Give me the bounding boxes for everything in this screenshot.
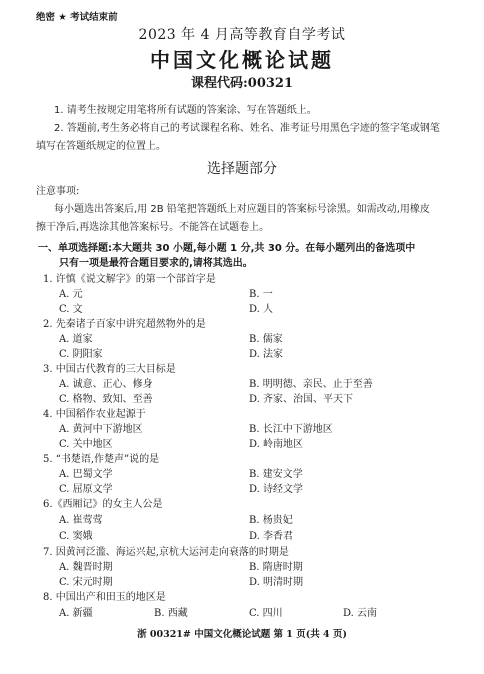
question-4-option-b: B. 长江中下游地区 xyxy=(249,420,333,435)
question-5-option-a: A. 巴蜀文学 xyxy=(59,465,113,480)
course-code: 课程代码:00321 xyxy=(0,72,484,91)
question-6-option-d: D. 李香君 xyxy=(249,527,293,542)
question-8-option-b: B. 西藏 xyxy=(154,604,188,619)
part1-title-line2: 只有一项是最符合题目要求的,请将其选出。 xyxy=(59,254,253,269)
question-3-option-a: A. 诚意、正心、修身 xyxy=(59,375,153,390)
question-3-option-b: B. 明明德、亲民、止于至善 xyxy=(249,375,373,390)
question-8-stem: 8. 中国出产和田玉的地区是 xyxy=(43,588,166,603)
question-4-stem: 4. 中国稻作农业起源于 xyxy=(43,405,146,420)
question-8-option-c: C. 四川 xyxy=(249,604,283,619)
question-1-option-a: A. 元 xyxy=(59,285,83,300)
question-5-stem: 5. “书楚语,作楚声”说的是 xyxy=(43,450,159,465)
question-6-option-b: B. 杨贵妃 xyxy=(249,511,293,526)
question-6-option-a: A. 崔莺莺 xyxy=(59,511,103,526)
question-1-stem: 1. 许慎《说文解字》的第一个部首字是 xyxy=(43,270,216,285)
question-4-option-d: D. 岭南地区 xyxy=(249,435,303,450)
section-heading: 选择题部分 xyxy=(0,158,484,178)
question-2-option-b: B. 儒家 xyxy=(249,330,283,345)
part1-title-line1: 一、单项选择题:本大题共 30 小题,每小题 1 分,共 30 分。在每小题列出… xyxy=(38,239,415,254)
notes-line2: 擦干净后,再选涂其他答案标号。不能答在试题卷上。 xyxy=(36,218,269,233)
question-5-option-d: D. 诗经文学 xyxy=(249,480,303,495)
question-7-option-d: D. 明清时期 xyxy=(249,573,303,588)
question-2-option-a: A. 道家 xyxy=(59,330,93,345)
question-2-option-c: C. 阴阳家 xyxy=(59,345,103,360)
question-4-option-c: C. 关中地区 xyxy=(59,435,113,450)
question-7-stem: 7. 因黄河泛滥、海运兴起,京杭大运河走向衰落的时期是 xyxy=(43,543,289,558)
question-7-option-b: B. 隋唐时期 xyxy=(249,558,303,573)
confidential-label: 绝密 ★ 考试结束前 xyxy=(36,9,118,23)
question-2-option-d: D. 法家 xyxy=(249,345,283,360)
question-6-stem: 6.《西厢记》的女主人公是 xyxy=(43,495,163,510)
question-5-option-b: B. 建安文学 xyxy=(249,465,303,480)
question-4-option-a: A. 黄河中下游地区 xyxy=(59,420,143,435)
question-1-option-b: B. 一 xyxy=(249,285,273,300)
question-8-option-a: A. 新疆 xyxy=(59,604,93,619)
question-7-option-c: C. 宋元时期 xyxy=(59,573,113,588)
instruction-1: 1. 请考生按规定用笔将所有试题的答案涂、写在答题纸上。 xyxy=(54,101,317,116)
question-3-stem: 3. 中国古代教育的三大目标是 xyxy=(43,360,176,375)
question-1-option-c: C. 文 xyxy=(59,300,83,315)
subject-title: 中国文化概论试题 xyxy=(0,44,484,73)
instruction-2-line1: 2. 答题前,考生务必将自己的考试课程名称、姓名、准考证号用黑色字迹的签字笔或钢… xyxy=(54,119,440,134)
question-8-option-d: D. 云南 xyxy=(343,604,377,619)
question-1-option-d: D. 人 xyxy=(249,300,273,315)
question-6-option-c: C. 窦娥 xyxy=(59,527,93,542)
question-2-stem: 2. 先秦诸子百家中讲究超然物外的是 xyxy=(43,315,206,330)
question-3-option-d: D. 齐家、治国、平天下 xyxy=(249,390,353,405)
exam-title: 2023 年 4 月高等教育自学考试 xyxy=(0,24,484,44)
question-5-option-c: C. 屈原文学 xyxy=(59,480,113,495)
notes-line1: 每小题选出答案后,用 2B 铅笔把答题纸上对应题目的答案标号涂黑。如需改动,用橡… xyxy=(54,200,430,215)
question-7-option-a: A. 魏晋时期 xyxy=(59,558,113,573)
question-3-option-c: C. 格物、致知、至善 xyxy=(59,390,153,405)
page-footer: 浙 00321# 中国文化概论试题 第 1 页(共 4 页) xyxy=(0,626,484,640)
instruction-2-line2: 填写在答题纸规定的位置上。 xyxy=(36,137,166,152)
notes-label: 注意事项: xyxy=(36,182,79,197)
